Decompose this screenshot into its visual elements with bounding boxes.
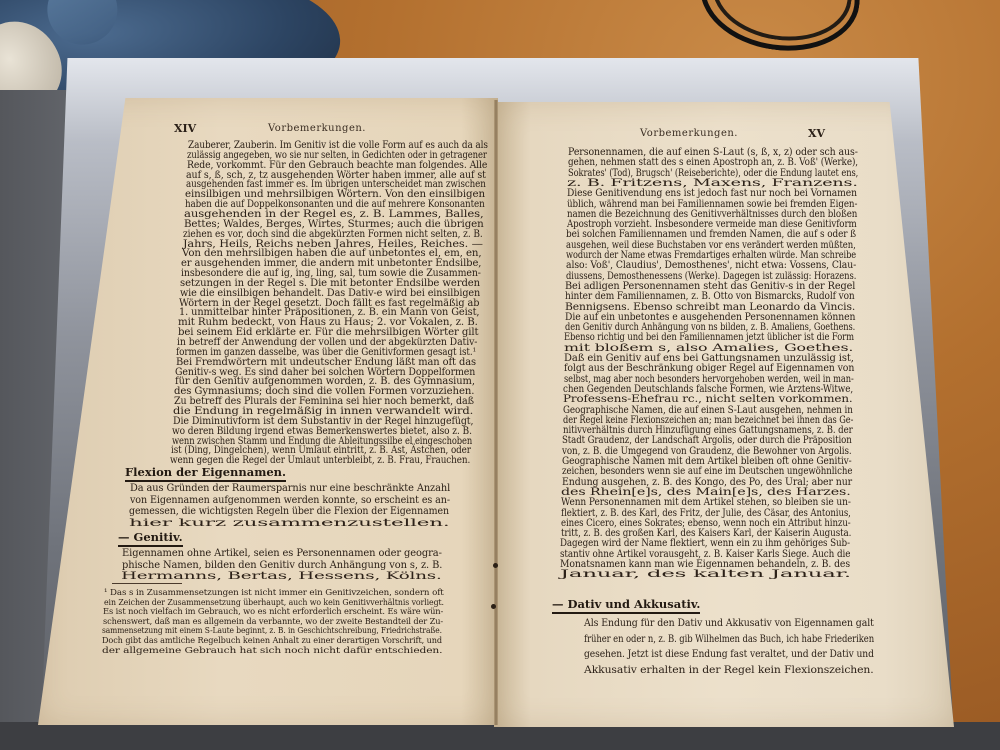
fabric-fold <box>45 0 120 47</box>
footnote-rule <box>112 583 182 584</box>
text-line: Da aus Gründen der Raumersparnis nur ein… <box>130 482 450 494</box>
subheading-genitiv: — Genitiv. <box>118 530 183 547</box>
text-line: ¹ Das s in Zusammensetzungen ist nicht i… <box>104 587 444 597</box>
running-head-right: Vorbemerkungen. <box>640 128 738 139</box>
section-heading-flexion: Flexion der Eigennamen. <box>125 465 286 482</box>
text-line: schenswert, daß man es allgemein da verb… <box>103 616 443 626</box>
gutter-mark <box>491 604 496 609</box>
text-line: Eigennamen ohne Artikel, seien es Person… <box>122 547 442 559</box>
text-line: Es ist noch vielfach im Gebrauch, wo es … <box>103 606 443 616</box>
text-line: der allgemeine Gebrauch hat sich noch ni… <box>102 645 442 655</box>
text-line: früher en oder n, z. B. gib Wilhelmen da… <box>584 633 874 645</box>
text-line: Doch gibt das amtliche Regelbuch keinen … <box>102 635 442 645</box>
text-line: sammensetzung mit einem S-Laute beginnt,… <box>102 625 442 635</box>
book-gutter <box>494 100 498 725</box>
text-line: Akkusativ erhalten in der Regel kein Fle… <box>584 664 874 676</box>
running-head-left: Vorbemerkungen. <box>268 123 366 134</box>
text-line: hier kurz zusammenzustellen. <box>129 517 449 529</box>
page-number-left: XIV <box>174 122 196 135</box>
gutter-mark <box>493 563 498 568</box>
text-line: Als Endung für den Dativ und Akkusativ v… <box>584 617 874 629</box>
text-line: ein Zeichen der Zusammensetzung überhaup… <box>104 597 444 607</box>
page-number-right: XV <box>808 127 825 140</box>
text-line: gemessen, die wichtigsten Regeln über di… <box>129 505 449 517</box>
text-line: Hermanns, Bertas, Hessens, Kölns. <box>121 570 442 582</box>
text-line: phische Namen, bilden den Genitiv durch … <box>122 559 442 571</box>
text-line: Januar, des kalten Januar. <box>560 568 851 580</box>
text-line: von Eigennamen aufgenommen werden konnte… <box>130 494 450 506</box>
text-line: gesehen. Jetzt ist diese Endung fast ver… <box>584 648 874 660</box>
subheading-dativ-akkusativ: — Dativ und Akkusativ. <box>552 597 700 614</box>
